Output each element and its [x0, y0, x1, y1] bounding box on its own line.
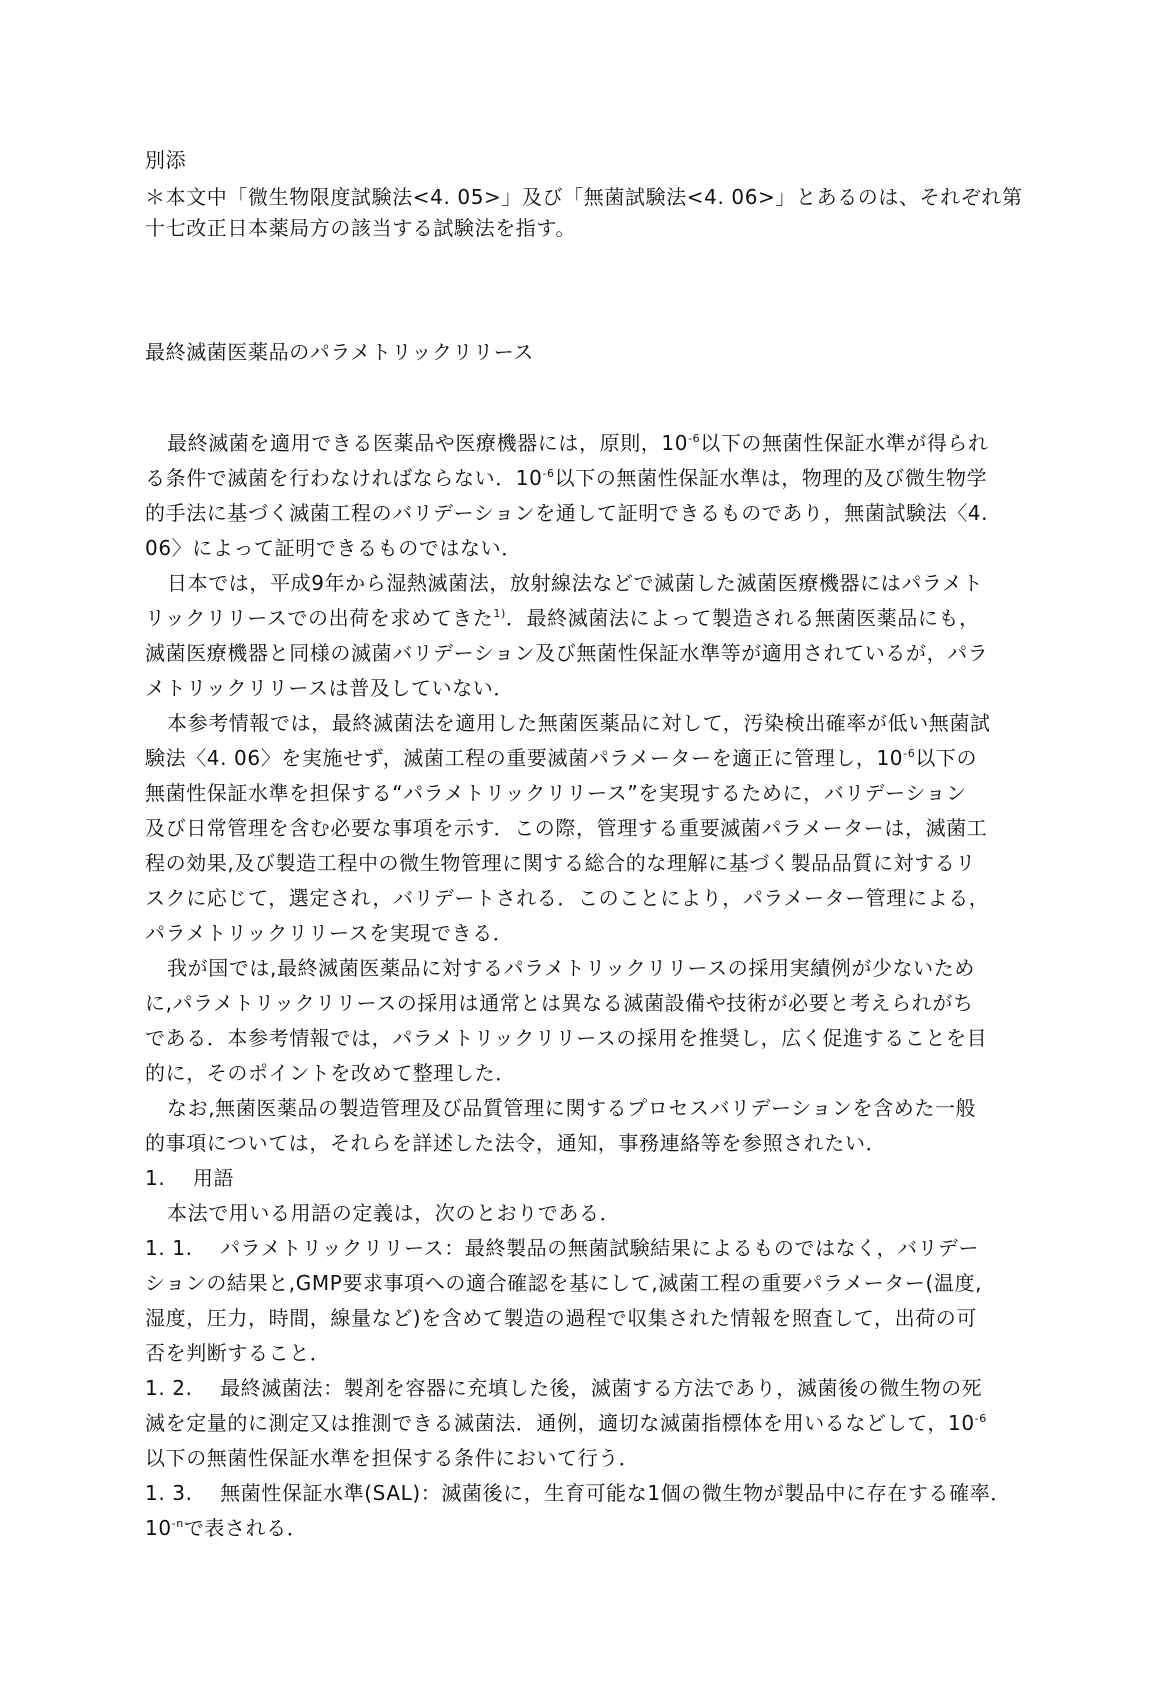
body-text: 程の効果,及び製造工程中の微生物管理に関する総合的な理解に基づく製品品質に対する… — [145, 851, 976, 875]
body-text: スクに応じて，選定され，バリデートされる．このことにより，パラメーター管理による… — [145, 886, 989, 910]
body-line: 無菌性保証水準を担保する“パラメトリックリリース”を実現するために，バリデーショ… — [145, 781, 1030, 805]
body-text: る条件で滅菌を行わなければならない．10 — [145, 466, 542, 490]
body-text: 最終滅菌を適用できる医薬品や医療機器には，原則，10 — [167, 431, 688, 455]
body-line: 06〉によって証明できるものではない． — [145, 536, 1030, 560]
body-text: メトリックリリースは普及していない． — [145, 676, 514, 700]
body-text: 10 — [145, 1516, 172, 1540]
body-line: なお,無菌医薬品の製造管理及び品質管理に関するプロセスバリデーションを含めた一般 — [145, 1096, 1052, 1120]
body-line: スクに応じて，選定され，バリデートされる．このことにより，パラメーター管理による… — [145, 886, 1030, 910]
body-text: である．本参考情報では，パラメトリックリリースの採用を推奨し，広く促進することを… — [145, 1026, 987, 1050]
body-text: 的事項については，それらを詳述した法令，通知，事務連絡等を参照されたい． — [145, 1131, 886, 1155]
note-line-1: ＊本文中「微生物限度試験法<4. 05>」及び「無菌試験法<4. 06>」とある… — [145, 185, 1030, 209]
body-line: 1. 1. パラメトリックリリース：最終製品の無菌試験結果によるものではなく，バ… — [145, 1236, 1030, 1260]
body-text: 無菌性保証水準を担保する“パラメトリックリリース”を実現するために，バリデーショ… — [145, 781, 967, 805]
body-line: 10-nで表される． — [145, 1516, 1030, 1540]
body-line: る条件で滅菌を行わなければならない．10-6以下の無菌性保証水準は，物理的及び微… — [145, 466, 1030, 490]
body-text: 験法〈4. 06〉を実施せず，滅菌工程の重要滅菌パラメーターを適正に管理し，10 — [145, 746, 903, 770]
body-text: 我が国では,最終滅菌医薬品に対するパラメトリックリリースの採用実績例が少ないため — [167, 956, 975, 980]
body-line: 1. 3. 無菌性保証水準(SAL)：滅菌後に，生育可能な1個の微生物が製品中に… — [145, 1481, 1030, 1505]
body-line: 的に，そのポイントを改めて整理した． — [145, 1061, 1030, 1085]
body-text: 湿度，圧力，時間，線量など)を含めて製造の過程で収集された情報を照査して，出荷の… — [145, 1306, 977, 1330]
body-text: 滅菌医療機器と同様の滅菌バリデーション及び無菌性保証水準等が適用されているが，パ… — [145, 641, 988, 665]
body-text: で表される． — [184, 1516, 308, 1540]
body-line: ションの結果と,GMP要求事項への適合確認を基にして,滅菌工程の重要パラメーター… — [145, 1271, 1030, 1295]
body-line: 滅を定量的に測定又は推測できる滅菌法．通例，適切な滅菌指標体を用いるなどして，1… — [145, 1411, 1030, 1435]
body-text: 06〉によって証明できるものではない． — [145, 536, 522, 560]
body-line: に,パラメトリックリリースの採用は通常とは異なる滅菌設備や技術が必要と考えられが… — [145, 991, 1030, 1015]
body-line: 湿度，圧力，時間，線量など)を含めて製造の過程で収集された情報を照査して，出荷の… — [145, 1306, 1030, 1330]
body-text: 以下の無菌性保証水準が得られ — [700, 431, 988, 455]
body-text: 以下の — [915, 746, 977, 770]
body-text: 以下の無菌性保証水準を担保する条件において行う． — [145, 1446, 639, 1470]
body-text: 本法で用いる用語の定義は，次のとおりである． — [167, 1201, 620, 1225]
body-line: 滅菌医療機器と同様の滅菌バリデーション及び無菌性保証水準等が適用されているが，パ… — [145, 641, 1030, 665]
body-line: 験法〈4. 06〉を実施せず，滅菌工程の重要滅菌パラメーターを適正に管理し，10… — [145, 746, 1030, 770]
note-line-2: 十七改正日本薬局方の該当する試験法を指す。 — [145, 216, 1030, 240]
document-title: 最終滅菌医薬品のパラメトリックリリース — [145, 340, 1030, 364]
body-text: に,パラメトリックリリースの採用は通常とは異なる滅菌設備や技術が必要と考えられが… — [145, 991, 974, 1015]
body-line: 最終滅菌を適用できる医薬品や医療機器には，原則，10-6以下の無菌性保証水準が得… — [145, 431, 1052, 455]
body-line: 的手法に基づく滅菌工程のバリデーションを通して証明できるものであり，無菌試験法〈… — [145, 501, 1030, 525]
superscript: 1) — [493, 607, 506, 620]
superscript: -n — [172, 1517, 184, 1530]
body-text: 1. 1. パラメトリックリリース：最終製品の無菌試験結果によるものではなく，バ… — [145, 1236, 979, 1260]
body-text: 及び日常管理を含む必要な事項を示す．この際，管理する重要滅菌パラメーターは，滅菌… — [145, 816, 987, 840]
body-text: 1. 3. 無菌性保証水準(SAL)：滅菌後に，生育可能な1個の微生物が製品中に… — [145, 1481, 1011, 1505]
body-text: ．最終滅菌法によって製造される無菌医薬品にも， — [506, 606, 980, 630]
body-text: ションの結果と,GMP要求事項への適合確認を基にして,滅菌工程の重要パラメーター… — [145, 1271, 982, 1295]
body-text: なお,無菌医薬品の製造管理及び品質管理に関するプロセスバリデーションを含めた一般 — [167, 1096, 976, 1120]
body-line: 1. 用語 — [145, 1166, 1030, 1190]
superscript: -6 — [688, 432, 700, 445]
body-text: 1. 2. 最終滅菌法：製剤を容器に充填した後，滅菌する方法であり，滅菌後の微生… — [145, 1376, 982, 1400]
body-line: 本法で用いる用語の定義は，次のとおりである． — [145, 1201, 1052, 1225]
body-line: 日本では，平成9年から湿熱滅菌法，放射線法などで滅菌した滅菌医療機器にはパラメト — [145, 571, 1052, 595]
body-text: 1. 用語 — [145, 1166, 234, 1190]
body-line: 1. 2. 最終滅菌法：製剤を容器に充填した後，滅菌する方法であり，滅菌後の微生… — [145, 1376, 1030, 1400]
body-line: 本参考情報では，最終滅菌法を適用した無菌医薬品に対して，汚染検出確率が低い無菌試 — [145, 711, 1052, 735]
superscript: -6 — [542, 467, 554, 480]
body-text: 的に，そのポイントを改めて整理した． — [145, 1061, 516, 1085]
body-line: 以下の無菌性保証水準を担保する条件において行う． — [145, 1446, 1030, 1470]
body-line: 程の効果,及び製造工程中の微生物管理に関する総合的な理解に基づく製品品質に対する… — [145, 851, 1030, 875]
body-line: 及び日常管理を含む必要な事項を示す．この際，管理する重要滅菌パラメーターは，滅菌… — [145, 816, 1030, 840]
superscript: -6 — [903, 747, 915, 760]
body-text: 本参考情報では，最終滅菌法を適用した無菌医薬品に対して，汚染検出確率が低い無菌試 — [167, 711, 991, 735]
body-text: 日本では，平成9年から湿熱滅菌法，放射線法などで滅菌した滅菌医療機器にはパラメト — [167, 571, 983, 595]
body-line: 的事項については，それらを詳述した法令，通知，事務連絡等を参照されたい． — [145, 1131, 1030, 1155]
body-text: 否を判断すること． — [145, 1341, 330, 1365]
body-text: 以下の無菌性保証水準は，物理的及び微生物学 — [555, 466, 988, 490]
body-text: リックリリースでの出荷を求めてきた — [145, 606, 493, 630]
body-line: メトリックリリースは普及していない． — [145, 676, 1030, 700]
body-line: リックリリースでの出荷を求めてきた1)．最終滅菌法によって製造される無菌医薬品に… — [145, 606, 1030, 630]
body-line: である．本参考情報では，パラメトリックリリースの採用を推奨し，広く促進することを… — [145, 1026, 1030, 1050]
body-line: 否を判断すること． — [145, 1341, 1030, 1365]
body-text: 的手法に基づく滅菌工程のバリデーションを通して証明できるものであり，無菌試験法〈… — [145, 501, 988, 525]
superscript: -6 — [975, 1412, 987, 1425]
attachment-label: 別添 — [145, 148, 1030, 172]
body-text: 滅を定量的に測定又は推測できる滅菌法．通例，適切な滅菌指標体を用いるなどして，1… — [145, 1411, 975, 1435]
body-text: パラメトリックリリースを実現できる． — [145, 921, 513, 945]
body-line: 我が国では,最終滅菌医薬品に対するパラメトリックリリースの採用実績例が少ないため — [145, 956, 1052, 980]
body-line: パラメトリックリリースを実現できる． — [145, 921, 1030, 945]
